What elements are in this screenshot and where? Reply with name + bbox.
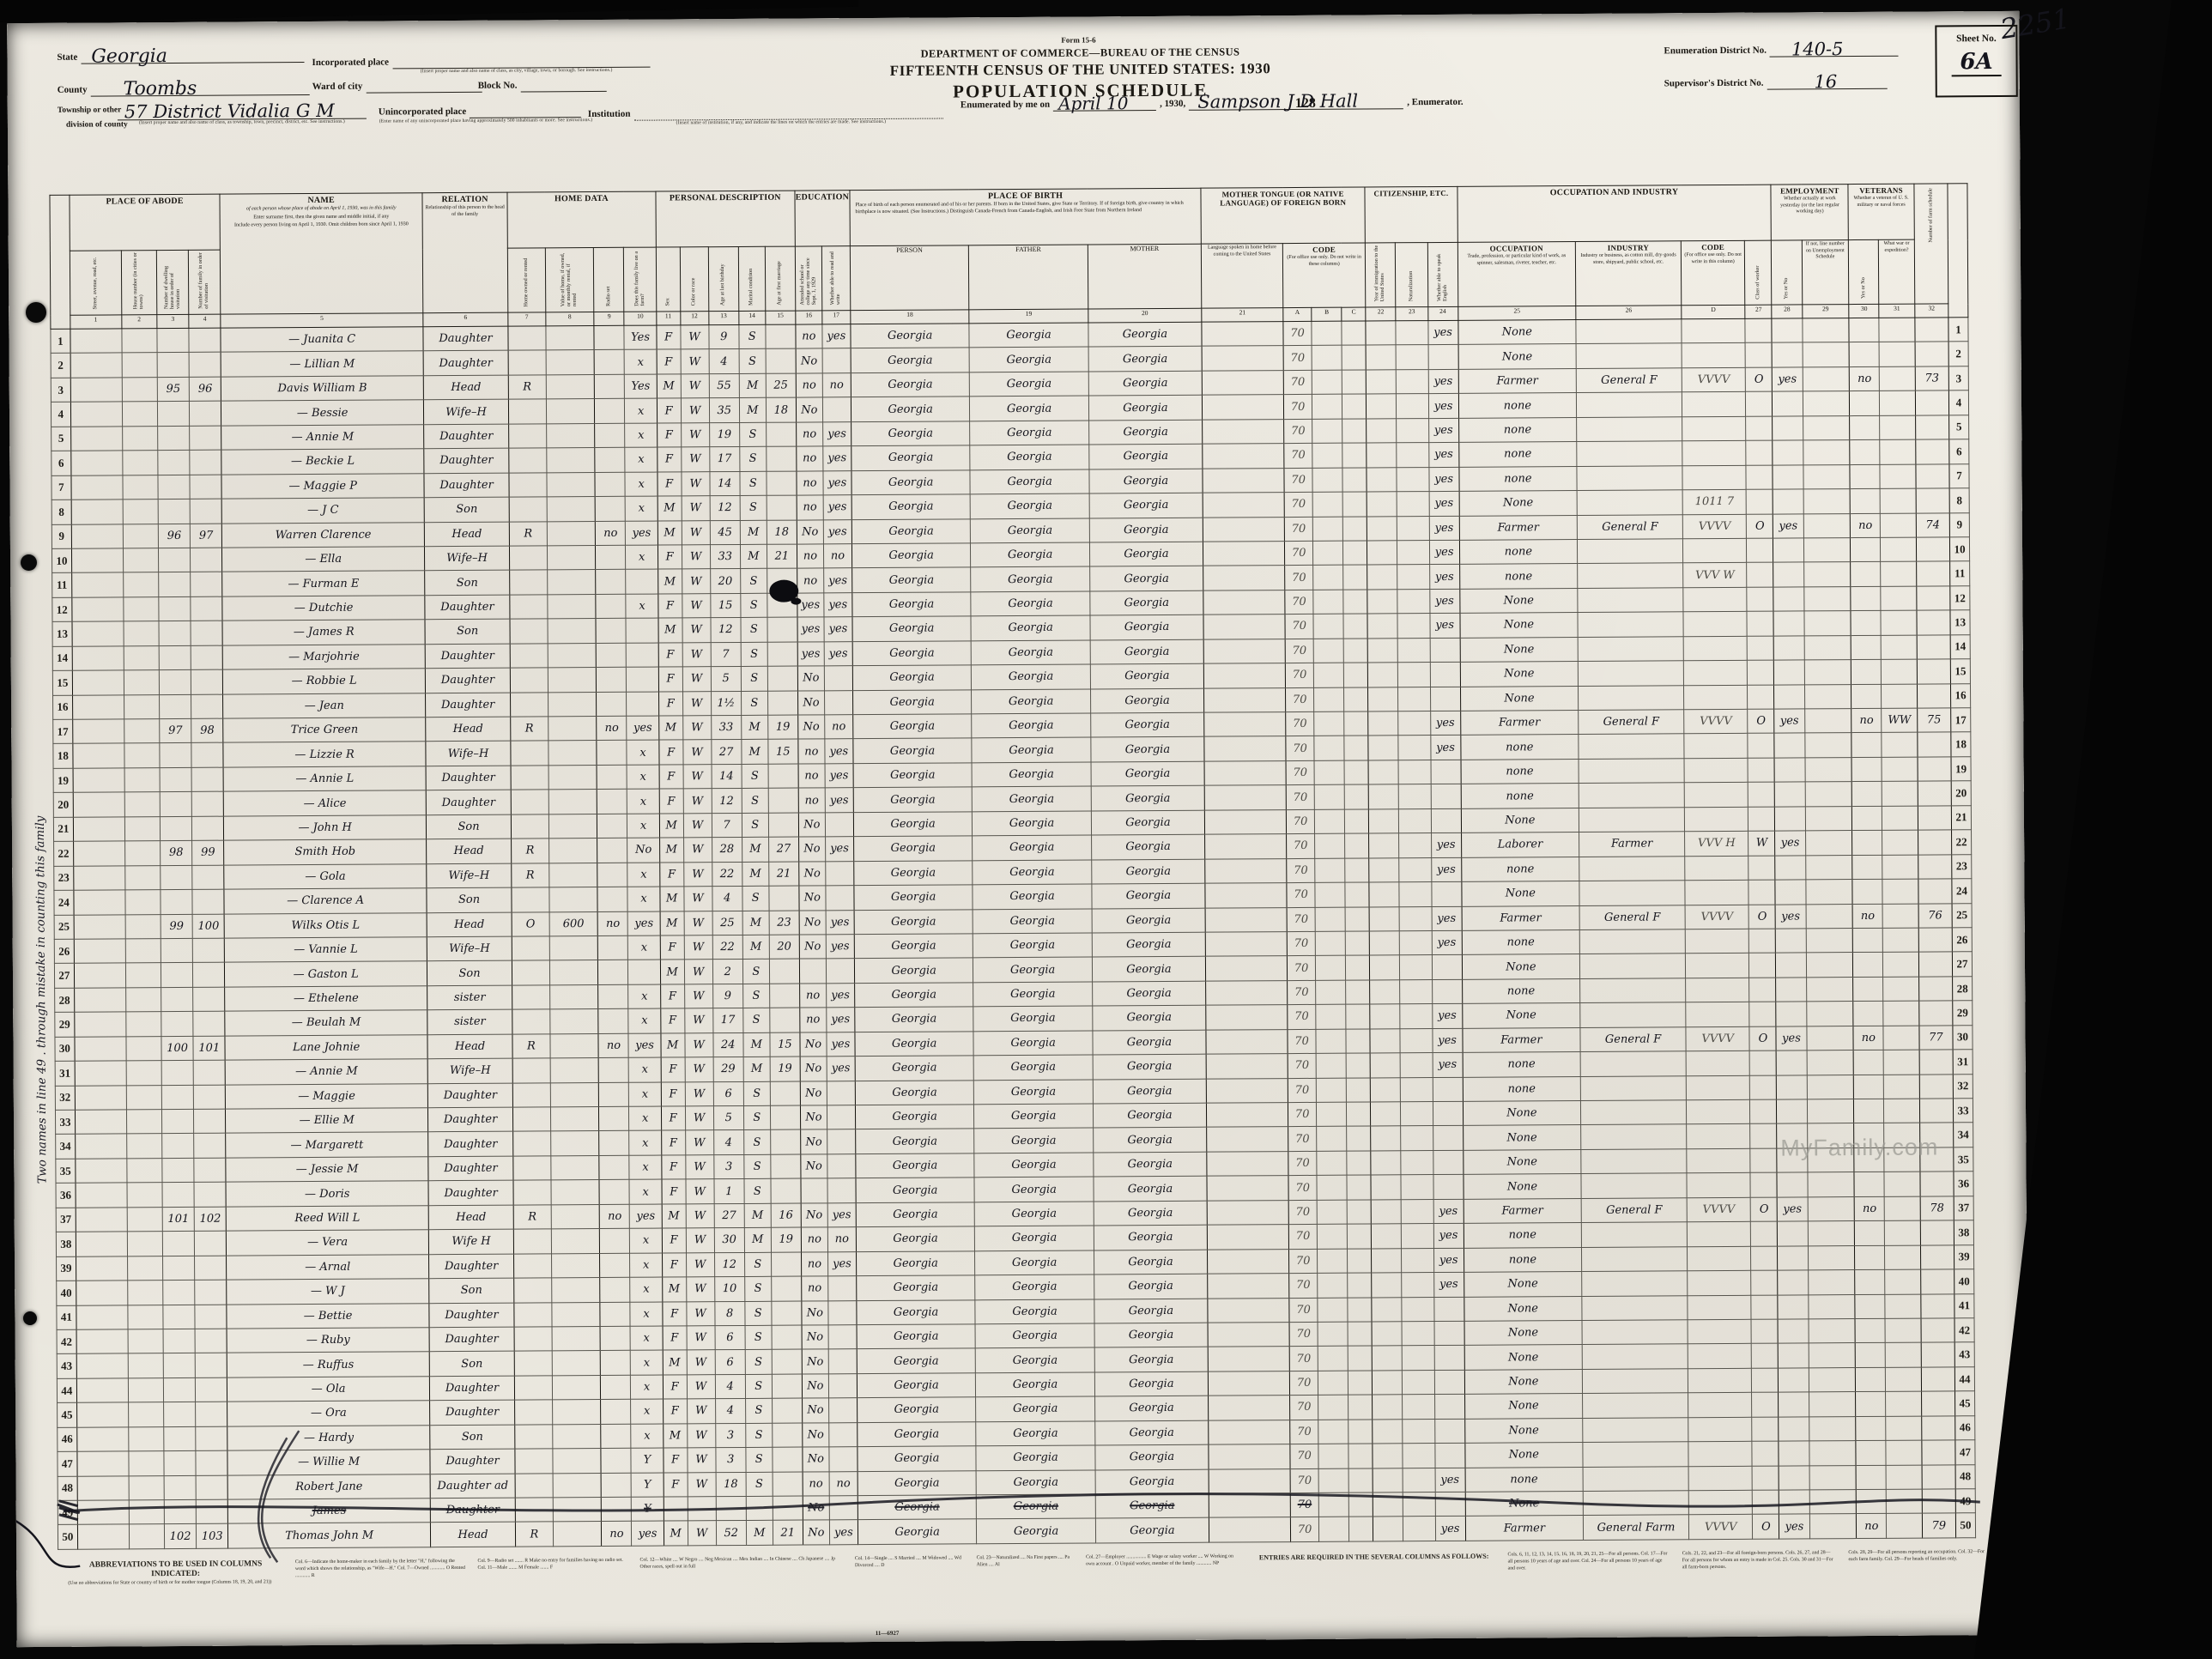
cell: Head <box>427 839 512 863</box>
cell <box>627 667 658 692</box>
cell <box>1748 758 1774 783</box>
cell <box>162 1183 194 1208</box>
cell <box>552 1400 601 1425</box>
cell <box>1370 955 1400 980</box>
cell <box>766 422 796 447</box>
cell: W <box>680 325 708 350</box>
cell: no <box>796 373 822 398</box>
cell <box>597 863 627 887</box>
cell: M <box>658 716 682 741</box>
cell <box>1809 1490 1857 1515</box>
cell <box>1399 882 1431 907</box>
cell: Georgia <box>852 592 972 617</box>
cell <box>1431 784 1461 809</box>
cell <box>76 1427 128 1452</box>
cell <box>1373 1517 1403 1541</box>
cell: S <box>739 324 766 349</box>
cell: 600 <box>549 911 598 936</box>
cell: no <box>797 495 823 520</box>
cell: 12 <box>711 618 741 643</box>
cell <box>191 767 223 792</box>
cell <box>827 1178 856 1203</box>
cell <box>512 814 549 839</box>
cell: None <box>1458 344 1577 369</box>
cell <box>770 1008 800 1032</box>
cell: Farmer <box>1459 515 1578 540</box>
column-number: 4 <box>189 314 221 328</box>
cell <box>1921 1293 1954 1318</box>
cell <box>1431 881 1461 906</box>
line-number: 33 <box>1953 1099 1973 1123</box>
cell: Georgia <box>851 469 971 494</box>
cell <box>1344 760 1368 785</box>
cell: 70 <box>1289 1322 1318 1347</box>
line-number: 49 <box>58 1500 77 1525</box>
cell <box>1917 635 1950 660</box>
cell <box>161 865 192 890</box>
cell <box>161 1109 193 1134</box>
cell <box>1583 1393 1688 1418</box>
cell <box>1684 758 1748 783</box>
cell: Georgia <box>969 323 1088 348</box>
cell: — Vera <box>227 1230 429 1256</box>
cell: Daughter <box>430 1449 515 1474</box>
cell: 1½ <box>711 691 741 716</box>
cell <box>75 1085 126 1110</box>
cell: Georgia <box>855 1007 974 1032</box>
cell <box>1313 639 1343 663</box>
cell: x <box>629 1179 661 1204</box>
cell: Warren Clarence <box>222 522 425 548</box>
cell: W <box>685 1081 713 1106</box>
sheet-number-box: Sheet No. 6A <box>1935 25 2018 98</box>
cell <box>1203 419 1284 444</box>
cell <box>1370 1077 1400 1102</box>
cell: No <box>799 886 826 911</box>
cell <box>1749 953 1776 978</box>
cell <box>190 450 221 475</box>
cell <box>1774 636 1804 661</box>
punch-hole <box>23 1311 37 1325</box>
column-number: 14 <box>739 311 766 324</box>
cell: Daughter <box>428 1156 513 1181</box>
cell <box>1688 1295 1752 1320</box>
cell: Georgia <box>1094 1250 1207 1275</box>
cell: O <box>1753 1515 1779 1540</box>
cell <box>1851 537 1881 562</box>
cell <box>513 1180 551 1205</box>
cell: 70 <box>1286 785 1314 810</box>
cell: 70 <box>1286 687 1314 712</box>
cell: none <box>1461 784 1579 808</box>
cell: No <box>802 1398 828 1423</box>
cell: M <box>661 1033 685 1058</box>
cell <box>1777 1099 1807 1124</box>
cell <box>1750 1099 1777 1124</box>
cell: Georgia <box>855 1056 974 1081</box>
cell: Georgia <box>856 1129 975 1153</box>
cell <box>195 1280 227 1305</box>
cell <box>514 1278 552 1303</box>
cell <box>1882 855 1918 880</box>
form-number: Form 15-6 <box>1061 35 1095 44</box>
cell <box>1808 1221 1855 1246</box>
cell: M <box>660 911 684 935</box>
cell: 74 <box>1916 512 1949 537</box>
cell: No <box>796 397 822 422</box>
cell <box>550 1131 599 1156</box>
cell <box>1579 856 1685 881</box>
cell: W <box>683 887 712 911</box>
cell: F <box>664 1472 688 1497</box>
cell <box>771 1252 801 1277</box>
cell <box>1746 416 1773 441</box>
cell: x <box>631 1424 663 1449</box>
cell <box>510 546 548 571</box>
cell: 27 <box>768 837 798 862</box>
cell <box>122 426 158 451</box>
line-number: 32 <box>55 1086 75 1111</box>
cell <box>127 1183 163 1208</box>
cell: yes <box>823 495 851 520</box>
cell <box>1683 612 1748 637</box>
column-number: D <box>1682 305 1745 318</box>
line-number: 31 <box>55 1061 75 1086</box>
cell <box>73 792 124 817</box>
cell <box>1315 858 1345 883</box>
col-unemployment-line: If not, line number on Unemployment Sche… <box>1802 240 1849 305</box>
column-number: 22 <box>1366 307 1396 321</box>
cell: yes <box>822 324 851 349</box>
cell: F <box>663 1375 687 1400</box>
cell <box>1399 833 1431 858</box>
cell: Son <box>430 1425 515 1450</box>
cell: none <box>1464 1247 1582 1272</box>
cell: M <box>742 911 769 935</box>
line-number: 15 <box>1950 659 1970 684</box>
cell: O <box>1746 367 1773 392</box>
cell <box>1916 561 1949 586</box>
cell <box>1918 757 1951 782</box>
cell <box>1808 1270 1855 1295</box>
cell <box>1317 1200 1347 1225</box>
cell: 70 <box>1286 760 1314 785</box>
cell <box>1317 1127 1347 1152</box>
cell <box>122 377 158 402</box>
cell: F <box>659 863 683 887</box>
cell <box>1752 1343 1779 1368</box>
cell <box>1579 783 1684 808</box>
cell <box>1578 539 1683 564</box>
cell: W <box>683 862 712 887</box>
cell <box>76 1183 127 1208</box>
cell <box>124 694 160 719</box>
cell <box>1773 416 1803 441</box>
cell <box>768 813 798 838</box>
cell: Georgia <box>857 1348 976 1373</box>
cell: x <box>625 472 657 497</box>
cell: Georgia <box>1091 761 1204 786</box>
cell <box>1803 562 1851 587</box>
cell: 70 <box>1284 419 1312 444</box>
cell: W <box>685 1032 713 1057</box>
cell <box>1342 370 1367 395</box>
cell <box>1851 733 1882 758</box>
cell <box>1688 1441 1753 1466</box>
cell: W <box>681 374 709 399</box>
cell <box>1344 711 1368 736</box>
cell: yes <box>829 1520 858 1545</box>
cell: Farmer <box>1460 711 1579 736</box>
cell <box>1804 660 1851 685</box>
cell: 70 <box>1288 980 1316 1005</box>
cell: yes <box>1776 1026 1806 1051</box>
cell: Georgia <box>1091 737 1204 762</box>
cell: Georgia <box>1093 1005 1206 1030</box>
cell <box>597 838 627 863</box>
cell: R <box>512 1034 550 1059</box>
cell: x <box>629 1082 661 1107</box>
cell <box>1779 1441 1809 1466</box>
cell <box>595 472 625 497</box>
line-number: 23 <box>54 866 74 891</box>
cell <box>1803 440 1850 465</box>
cell <box>826 959 854 984</box>
cell: M <box>742 837 768 862</box>
line-number: 11 <box>1950 561 1970 586</box>
cell <box>1748 636 1774 661</box>
cell: no <box>797 446 823 471</box>
state-field: State Georgia <box>57 47 304 64</box>
cell: 70 <box>1285 639 1313 663</box>
cell <box>160 743 191 768</box>
cell <box>598 960 628 985</box>
cell <box>1578 636 1683 661</box>
line-number: 21 <box>1951 805 1971 830</box>
cell <box>1206 1029 1288 1054</box>
cell <box>1809 1416 1856 1441</box>
cell <box>1318 1224 1348 1249</box>
cell: Georgia <box>977 1518 1096 1543</box>
cell: Georgia <box>975 1323 1094 1348</box>
cell: O <box>1749 1026 1776 1051</box>
cell <box>196 1402 227 1426</box>
cell <box>74 890 125 915</box>
cell: Georgia <box>855 1080 974 1105</box>
cell <box>1204 736 1286 761</box>
cell <box>1688 1319 1752 1344</box>
cell: Georgia <box>976 1445 1095 1470</box>
cell: F <box>659 765 683 790</box>
cell: Georgia <box>853 763 973 788</box>
cell: 70 <box>1285 541 1313 566</box>
cell <box>1373 1395 1403 1420</box>
cell: Georgia <box>973 957 1093 982</box>
cell: 70 <box>1284 492 1312 517</box>
cell <box>1803 391 1850 416</box>
cell: W <box>688 1472 716 1497</box>
cell <box>601 1424 631 1449</box>
cell <box>1399 808 1431 833</box>
cell: O <box>1748 905 1775 929</box>
cell <box>1579 734 1684 759</box>
line-number: 4 <box>1948 391 1968 415</box>
cell: 4 <box>709 349 739 374</box>
cell: no <box>598 1033 628 1058</box>
cell: Georgia <box>1093 1128 1206 1153</box>
cell: Georgia <box>853 836 973 861</box>
line-number: 18 <box>53 744 73 769</box>
cell: none <box>1464 1223 1582 1248</box>
cell <box>1580 1002 1686 1027</box>
cell <box>1342 443 1367 468</box>
cell <box>1208 1371 1289 1396</box>
cell <box>594 350 624 375</box>
cell <box>1882 879 1918 904</box>
cell: yes <box>1432 930 1462 955</box>
cell <box>1204 712 1286 737</box>
cell <box>1803 464 1850 489</box>
cell <box>190 426 221 451</box>
cell <box>546 448 595 473</box>
cell: Georgia <box>1092 957 1205 982</box>
cell <box>1919 1099 1953 1123</box>
census-scan-page: { "scan": { "corner_number": "2251", "pa… <box>0 0 2212 1659</box>
cell <box>828 1300 857 1325</box>
cell: F <box>661 1057 685 1082</box>
cell: Son <box>425 619 510 644</box>
cell: 1 <box>714 1179 744 1204</box>
cell: S <box>744 1154 771 1179</box>
cell <box>1342 419 1367 444</box>
cell: Georgia <box>971 518 1090 542</box>
cell: General F <box>1579 710 1684 735</box>
cell: yes <box>630 1204 662 1229</box>
cell <box>128 1377 164 1402</box>
cell <box>1778 1270 1808 1295</box>
cell: — Doris <box>226 1181 428 1207</box>
cell: Head <box>423 375 508 400</box>
cell: WW <box>1882 708 1918 733</box>
cell <box>76 1256 127 1281</box>
abbrev-block: Col. 27—Employer ................ E Wage… <box>1086 1553 1240 1568</box>
cell <box>1202 395 1283 420</box>
cell: x <box>630 1253 662 1278</box>
cell <box>1349 1517 1373 1541</box>
cell <box>1582 1369 1688 1394</box>
cell: M <box>659 838 683 863</box>
cell: Georgia <box>972 689 1091 714</box>
col-occupation: OCCUPATION Trade, profession, or particu… <box>1457 242 1576 307</box>
cell <box>124 719 160 744</box>
cell <box>1205 907 1287 932</box>
cell: W <box>687 1374 715 1399</box>
cell <box>767 691 797 716</box>
cell <box>1368 760 1398 785</box>
cell <box>1397 565 1429 590</box>
cell <box>72 621 124 646</box>
cell: 70 <box>1285 566 1313 590</box>
cell: Georgia <box>1095 1493 1209 1518</box>
population-schedule-table: PLACE OF ABODE NAME of each person whose… <box>49 183 1976 1549</box>
state-value: Georgia <box>91 45 167 68</box>
cell <box>1857 1489 1887 1514</box>
cell <box>550 1155 599 1180</box>
cell <box>1367 443 1397 468</box>
cell <box>1397 638 1429 663</box>
cell: no <box>800 1008 827 1032</box>
cell: none <box>1463 1076 1581 1101</box>
line-number: 3 <box>1948 366 1968 391</box>
column-number: 1 <box>70 315 122 329</box>
census-form-paper: 2251 Form 15-6 DEPARTMENT OF COMMERCE—BU… <box>7 11 2029 1647</box>
cell <box>71 548 123 573</box>
cell <box>1853 953 1883 978</box>
col-marital: Marital condition <box>738 246 765 311</box>
cell: 70 <box>1288 956 1316 981</box>
column-number: 24 <box>1427 306 1457 320</box>
cell <box>515 1400 553 1425</box>
cell <box>1348 1249 1372 1274</box>
cell <box>126 1134 162 1159</box>
cell <box>1688 1466 1753 1491</box>
cell: None <box>1463 1149 1581 1174</box>
cell <box>1882 806 1918 831</box>
cell: none <box>1461 759 1579 784</box>
cell <box>551 1278 600 1303</box>
cell <box>746 1496 773 1521</box>
cell: Georgia <box>973 933 1093 958</box>
cell <box>1578 661 1683 686</box>
cell: None <box>1459 491 1578 516</box>
cell <box>1778 1319 1808 1344</box>
unincorporated-field: Unincorporated place (Enter name of any … <box>379 102 593 124</box>
cell: — Juanita C <box>221 327 423 353</box>
cell <box>1687 1124 1751 1149</box>
cell: 28 <box>712 838 742 863</box>
line-number: 16 <box>1951 683 1971 708</box>
cell <box>1206 980 1288 1005</box>
cell <box>72 694 124 719</box>
cell: None <box>1464 1369 1583 1394</box>
line-number: 1 <box>1948 318 1968 342</box>
cell: yes <box>1433 1248 1464 1273</box>
cell <box>162 1158 194 1183</box>
cell: x <box>627 765 659 790</box>
cell <box>1884 1075 1920 1099</box>
cell: Georgia <box>851 445 971 470</box>
cell <box>70 427 122 451</box>
table-header: PLACE OF ABODE NAME of each person whose… <box>50 184 1968 330</box>
cell: VVVV <box>1682 514 1747 539</box>
cell: Georgia <box>1093 1103 1206 1128</box>
cell <box>1312 492 1342 517</box>
cell <box>1367 394 1397 419</box>
cell: None <box>1464 1345 1583 1370</box>
cell <box>1804 709 1851 734</box>
cell <box>1683 636 1748 661</box>
cell <box>1400 979 1432 1004</box>
cell <box>127 1207 163 1232</box>
cell: None <box>1461 808 1579 833</box>
cell: Head <box>427 912 512 937</box>
cell: Georgia <box>856 1202 975 1227</box>
incorporated-place-field: Incorporated place (Insert proper name a… <box>312 52 650 75</box>
cell: yes <box>1428 369 1458 394</box>
cell <box>1208 1347 1289 1371</box>
cell <box>595 496 625 521</box>
cell <box>1752 1368 1779 1393</box>
